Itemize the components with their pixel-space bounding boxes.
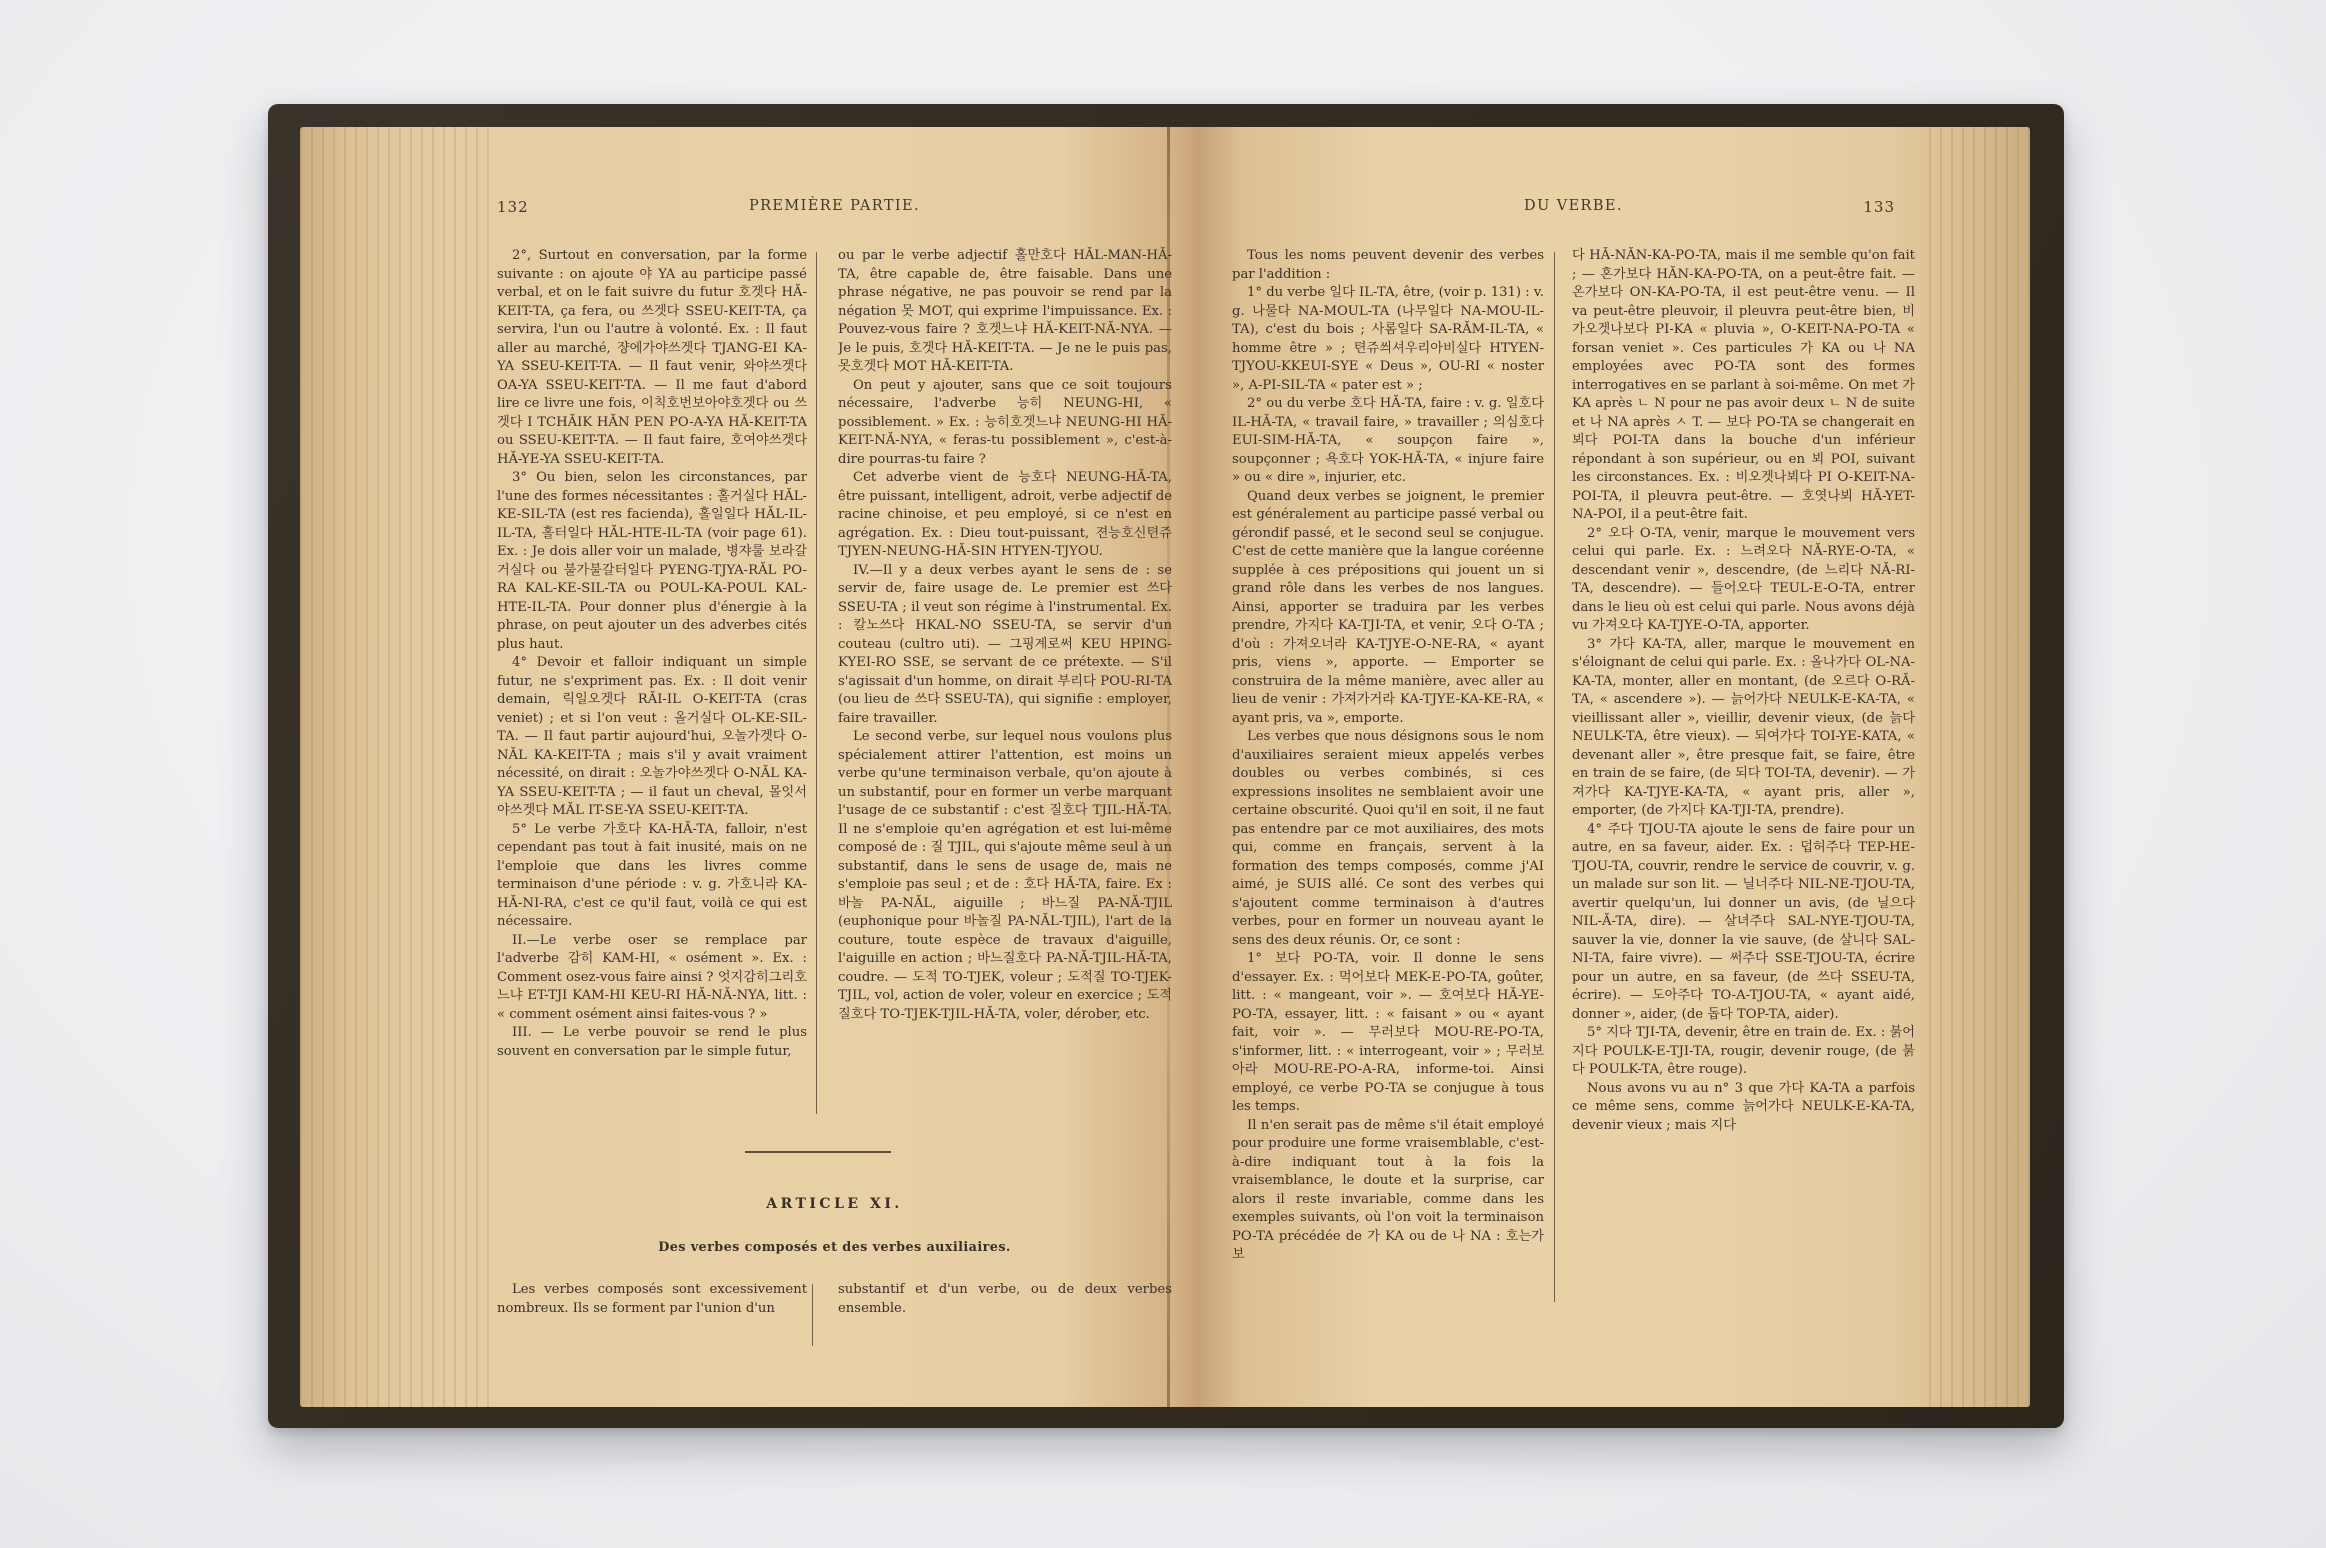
column-divider xyxy=(1554,252,1555,1302)
page-edges-left xyxy=(300,127,490,1407)
paragraph: II.—Le verbe oser se remplace par l'adve… xyxy=(497,932,807,1025)
paragraph: III. — Le verbe pouvoir se rend le plus … xyxy=(497,1024,807,1061)
paragraph: Quand deux verbes se joignent, le premie… xyxy=(1232,488,1544,729)
paragraph: 1° du verbe 일다 IL-TA, être, (voir p. 131… xyxy=(1232,284,1544,395)
page-number: 133 xyxy=(1863,198,1895,216)
page-132-header: 132 PREMIÈRE PARTIE. xyxy=(497,198,1172,220)
paragraph: 다 HĂ-NĂN-KA-PO-TA, mais il me semble qu'… xyxy=(1572,247,1915,525)
paragraph: substantif et d'un verbe, ou de deux ver… xyxy=(838,1281,1172,1318)
running-title: PREMIÈRE PARTIE. xyxy=(497,198,1172,214)
paragraph: 3° 가다 KA-TA, aller, marque le mouvement … xyxy=(1572,636,1915,821)
paragraph: 4° 주다 TJOU-TA ajoute le sens de faire po… xyxy=(1572,821,1915,1025)
paragraph: Il n'en serait pas de même s'il était em… xyxy=(1232,1117,1544,1265)
page-132-bottom-column-2: substantif et d'un verbe, ou de deux ver… xyxy=(838,1281,1172,1341)
paragraph: 2° 오다 O-TA, venir, marque le mouvement v… xyxy=(1572,525,1915,636)
paragraph: Les verbes que nous désignons sous le no… xyxy=(1232,728,1544,950)
page-132-column-1: 2°, Surtout en conversation, par la form… xyxy=(497,247,807,1121)
running-title: DU VERBE. xyxy=(1232,198,1915,214)
paragraph: Cet adverbe vient de 능호다 NEUNG-HĂ-TA, êt… xyxy=(838,469,1172,562)
page-133-column-1: Tous les noms peuvent devenir des verbes… xyxy=(1232,247,1544,1309)
page-133-header: DU VERBE. 133 xyxy=(1232,198,1915,220)
paragraph: 1° 보다 PO-TA, voir. Il donne le sens d'es… xyxy=(1232,950,1544,1117)
paragraph: On peut y ajouter, sans que ce soit touj… xyxy=(838,377,1172,470)
page-133-column-2: 다 HĂ-NĂN-KA-PO-TA, mais il me semble qu'… xyxy=(1572,247,1915,1309)
column-divider xyxy=(816,252,817,1114)
page-edges-right xyxy=(1920,127,2030,1407)
article-subtitle: Des verbes composés et des verbes auxili… xyxy=(497,1240,1172,1255)
paragraph: ou par le verbe adjectif 홀만호다 HĂL-MAN-HĂ… xyxy=(838,247,1172,377)
paragraph: 2° ou du verbe 호다 HĂ-TA, faire : v. g. 일… xyxy=(1232,395,1544,488)
article-title: ARTICLE XI. xyxy=(497,1196,1172,1212)
section-rule xyxy=(745,1151,891,1153)
paragraph: 4° Devoir et falloir indiquant un simple… xyxy=(497,654,807,821)
paragraph: 3° Ou bien, selon les circonstances, par… xyxy=(497,469,807,654)
paragraph: IV.—Il y a deux verbes ayant le sens de … xyxy=(838,562,1172,729)
paragraph: 2°, Surtout en conversation, par la form… xyxy=(497,247,807,469)
page-132-bottom-column-1: Les verbes composés sont excessivement n… xyxy=(497,1281,807,1341)
paragraph: Tous les noms peuvent devenir des verbes… xyxy=(1232,247,1544,284)
paragraph: Nous avons vu au n° 3 que 가다 KA-TA a par… xyxy=(1572,1080,1915,1136)
paragraph: 5° 지다 TJI-TA, devenir, être en train de.… xyxy=(1572,1024,1915,1080)
paragraph: Les verbes composés sont excessivement n… xyxy=(497,1281,807,1318)
paragraph: 5° Le verbe 가호다 KA-HĂ-TA, falloir, n'est… xyxy=(497,821,807,932)
paragraph: Le second verbe, sur lequel nous voulons… xyxy=(838,728,1172,1024)
page-132-column-2: ou par le verbe adjectif 홀만호다 HĂL-MAN-HĂ… xyxy=(838,247,1172,1127)
column-divider xyxy=(812,1284,813,1346)
photo-of-open-book: { "colors": { "background": "#efeff2", "… xyxy=(0,0,2326,1548)
